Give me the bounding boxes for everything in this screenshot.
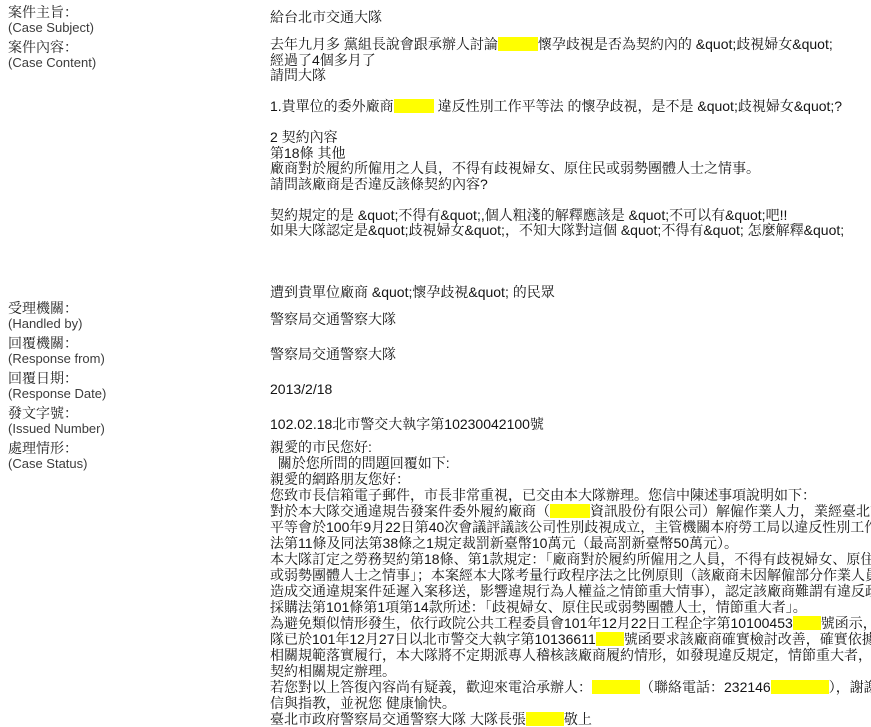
redaction-highlight [793, 616, 821, 630]
blank-line [270, 115, 871, 131]
content-line: 親愛的市民您好: [270, 439, 871, 455]
content-line: 親愛的網路朋友您好： [270, 471, 871, 487]
case-content-value: 去年九月多 黨組長說會跟承辦人討論懷孕歧視是否為契約內的 &quot;歧視婦女&… [270, 37, 871, 301]
field-label-en: (Case Status) [8, 456, 270, 471]
redaction-highlight [498, 37, 538, 51]
field-label-zh: 受理機關： [8, 301, 270, 316]
content-line: 經過了4個多月了 [270, 53, 871, 69]
case-status-value: 親愛的市民您好: 關於您所問的問題回覆如下:親愛的網路朋友您好：您致市長信箱電子… [270, 439, 871, 727]
content-line: 如果大隊認定是&quot;歧視婦女&quot;，不知大隊對這個 &quot;不得… [270, 223, 871, 239]
text-segment: 本大隊訂定之勞務契約第18條、第1款規定：「廠商對於履約所僱用之人員，不得有歧視… [270, 551, 871, 567]
text-segment: ），謝謝您來 [829, 679, 871, 695]
content-line: 遭到貴單位廠商 &quot;懷孕歧視&quot; 的民眾 [270, 285, 871, 301]
content-line: 2 契約內容 [270, 130, 871, 146]
redaction-highlight [526, 712, 564, 726]
redaction-highlight [592, 680, 640, 694]
content-line: 2013/2/18 [270, 382, 871, 398]
text-segment: 若您對以上答復內容尚有疑義，歡迎來電洽承辦人： [270, 679, 592, 695]
blank-line [270, 270, 871, 286]
field-label: 發文字號： (Issued Number) [0, 406, 270, 436]
content-line: 本大隊訂定之勞務契約第18條、第1款規定：「廠商對於履約所僱用之人員，不得有歧視… [270, 551, 871, 567]
field-label-zh: 回覆機關： [8, 336, 270, 351]
row-response-from: 回覆機關： (Response from) 警察局交通警察大隊 [0, 336, 871, 366]
content-line: 對於本大隊交通違規告發案件委外履約廠商（資訊股份有限公司）解僱作業人力，業經臺北… [270, 503, 871, 519]
field-label: 案件主旨： (Case Subject) [0, 5, 270, 35]
response-date-value: 2013/2/18 [270, 382, 871, 398]
content-line: 採購法第101條第1項第14款所述：「歧視婦女、原住民或弱勢團體人士，情節重大者… [270, 599, 871, 615]
row-case-content: 案件內容： (Case Content) 去年九月多 黨組長說會跟承辦人討論懷孕… [0, 40, 871, 301]
content-line: 契約規定的是 &quot;不得有&quot;,個人粗淺的解釋應該是 &quot;… [270, 208, 871, 224]
content-line: 警察局交通警察大隊 [270, 347, 871, 363]
text-segment: 請問該廠商是否違反該條契約內容? [270, 176, 488, 192]
text-segment: （聯絡電話：232146 [640, 679, 771, 695]
content-line: 給台北市交通大隊 [270, 10, 871, 26]
text-segment: 關於您所問的問題回覆如下: [270, 455, 450, 471]
content-line: 或弱勢團體人士之情事」；本案經本大隊考量行政程序法之比例原則（該廠商未因解僱部分… [270, 567, 871, 583]
content-line: 關於您所問的問題回覆如下: [270, 455, 871, 471]
field-label: 回覆日期： (Response Date) [0, 371, 270, 401]
text-segment: 經過了4個多月了 [270, 52, 376, 68]
field-label-en: (Response Date) [8, 386, 270, 401]
issued-number-value: 102.02.18北市警交大執字第10230042100號 [270, 417, 871, 433]
content-line: 信與指教，並祝您 健康愉快。 [270, 695, 871, 711]
content-line: 第18條 其他 [270, 146, 871, 162]
row-response-date: 回覆日期： (Response Date) 2013/2/18 [0, 371, 871, 401]
field-label-zh: 回覆日期： [8, 371, 270, 386]
row-case-status: 處理情形： (Case Status) 親愛的市民您好: 關於您所問的問題回覆如… [0, 441, 871, 727]
content-line: 相關規範落實履行，本大隊將不定期派專人稽核該廠商履約情形，如發現違反規定，情節重… [270, 647, 871, 663]
row-case-subject: 案件主旨： (Case Subject) 給台北市交通大隊 [0, 5, 871, 35]
text-segment: 對於本大隊交通違規告發案件委外履約廠商（ [270, 503, 550, 519]
text-segment: 第18條 其他 [270, 145, 345, 161]
text-segment: 警察局交通警察大隊 [270, 311, 396, 327]
field-label: 回覆機關： (Response from) [0, 336, 270, 366]
field-label-zh: 處理情形： [8, 441, 270, 456]
field-label-zh: 發文字號： [8, 406, 270, 421]
redaction-highlight [596, 632, 624, 646]
text-segment: 如果大隊認定是&quot;歧視婦女&quot;，不知大隊對這個 &quot;不得… [270, 222, 844, 238]
content-line: 102.02.18北市警交大執字第10230042100號 [270, 417, 871, 433]
redaction-highlight [394, 99, 434, 113]
content-line: 去年九月多 黨組長說會跟承辦人討論懷孕歧視是否為契約內的 &quot;歧視婦女&… [270, 37, 871, 53]
content-line: 造成交通違規案件延遲入案移送，影響違規行為人權益之情節重大情事），認定該廠商難謂… [270, 583, 871, 599]
redaction-highlight [771, 680, 829, 694]
text-segment: 遭到貴單位廠商 &quot;懷孕歧視&quot; 的民眾 [270, 284, 555, 300]
text-segment: 警察局交通警察大隊 [270, 346, 396, 362]
text-segment: 2013/2/18 [270, 381, 332, 397]
redaction-highlight [550, 504, 590, 518]
field-label-en: (Case Subject) [8, 20, 270, 35]
text-segment: 信與指教，並祝您 健康愉快。 [270, 695, 456, 711]
field-label-en: (Issued Number) [8, 421, 270, 436]
text-segment: 敬上 [564, 711, 592, 727]
text-segment: 平等會於100年9月22日第40次會議評議該公司性別歧視成立，主管機關本府勞工局… [270, 519, 871, 535]
text-segment: 親愛的市民您好: [270, 439, 372, 455]
field-label-zh: 案件內容： [8, 40, 270, 55]
response-from-value: 警察局交通警察大隊 [270, 347, 871, 363]
text-segment: 契約相關規定辦理。 [270, 663, 396, 679]
content-line: 臺北市政府警察局交通警察大隊 大隊長張敬上 [270, 711, 871, 727]
text-segment: 去年九月多 黨組長說會跟承辦人討論 [270, 36, 498, 52]
text-segment: 隊已於101年12月27日以北市警交大執字第10136611 [270, 631, 596, 647]
content-line: 契約相關規定辦理。 [270, 663, 871, 679]
text-segment: 相關規範落實履行，本大隊將不定期派專人稽核該廠商履約情形，如發現違反規定，情節重… [270, 647, 871, 663]
content-line: 隊已於101年12月27日以北市警交大執字第10136611號函要求該廠商確實檢… [270, 631, 871, 647]
text-segment: 號函示，本大 [821, 615, 871, 631]
content-line: 法第11條及同法第38條之1規定裁罰新臺幣10萬元（最高罰新臺幣50萬元）。 [270, 535, 871, 551]
text-segment: 1.貴單位的委外廠商 [270, 98, 394, 114]
text-segment: 採購法第101條第1項第14款所述：「歧視婦女、原住民或弱勢團體人士，情節重大者… [270, 599, 807, 615]
text-segment: 違反性別工作平等法 的懷孕歧視，是不是 &quot;歧視婦女&quot;? [434, 98, 842, 114]
text-segment: 您致市長信箱電子郵件，市長非常重視，已交由本大隊辦理。您信中陳述事項說明如下： [270, 487, 816, 503]
content-line: 若您對以上答復內容尚有疑義，歡迎來電洽承辦人：（聯絡電話：232146），謝謝您… [270, 679, 871, 695]
row-issued-number: 發文字號： (Issued Number) 102.02.18北市警交大執字第1… [0, 406, 871, 436]
content-line: 1.貴單位的委外廠商 違反性別工作平等法 的懷孕歧視，是不是 &quot;歧視婦… [270, 99, 871, 115]
text-segment: 資訊股份有限公司）解僱作業人力，業經臺北市工作 [590, 503, 871, 519]
field-label: 案件內容： (Case Content) [0, 40, 270, 70]
field-label-zh: 案件主旨： [8, 5, 270, 20]
row-handled-by: 受理機關： (Handled by) 警察局交通警察大隊 [0, 301, 871, 331]
text-segment: 親愛的網路朋友您好： [270, 471, 410, 487]
content-line: 廠商對於履約所僱用之人員，不得有歧視婦女、原住民或弱勢團體人士之情事。 [270, 161, 871, 177]
text-segment: 為避免類似情形發生，依行政院公共工程委員會101年12月22日工程企字第1010… [270, 615, 793, 631]
field-label-en: (Handled by) [8, 316, 270, 331]
content-line: 請問大隊 [270, 68, 871, 84]
text-segment: 懷孕歧視是否為契約內的 &quot;歧視婦女&quot; [538, 36, 833, 52]
content-line: 為避免類似情形發生，依行政院公共工程委員會101年12月22日工程企字第1010… [270, 615, 871, 631]
blank-line [270, 239, 871, 255]
blank-line [270, 84, 871, 100]
text-segment: 給台北市交通大隊 [270, 9, 382, 25]
text-segment: 造成交通違規案件延遲入案移送，影響違規行為人權益之情節重大情事），認定該廠商難謂… [270, 583, 871, 599]
field-label: 受理機關： (Handled by) [0, 301, 270, 331]
content-line: 平等會於100年9月22日第40次會議評議該公司性別歧視成立，主管機關本府勞工局… [270, 519, 871, 535]
text-segment: 102.02.18北市警交大執字第10230042100號 [270, 416, 544, 432]
field-label: 處理情形： (Case Status) [0, 441, 270, 471]
text-segment: 號函要求該廠商確實檢討改善，確實依據契約 [624, 631, 871, 647]
text-segment: 2 契約內容 [270, 129, 338, 145]
text-segment: 請問大隊 [270, 67, 326, 83]
content-line: 警察局交通警察大隊 [270, 312, 871, 328]
blank-line [270, 192, 871, 208]
case-subject-value: 給台北市交通大隊 [270, 10, 871, 26]
field-label-en: (Response from) [8, 351, 270, 366]
handled-by-value: 警察局交通警察大隊 [270, 312, 871, 328]
text-segment: 契約規定的是 &quot;不得有&quot;,個人粗淺的解釋應該是 &quot;… [270, 207, 787, 223]
field-label-en: (Case Content) [8, 55, 270, 70]
blank-line [270, 254, 871, 270]
text-segment: 法第11條及同法第38條之1規定裁罰新臺幣10萬元（最高罰新臺幣50萬元）。 [270, 535, 738, 551]
case-record-document: 案件主旨： (Case Subject) 給台北市交通大隊 案件內容： (Cas… [0, 0, 871, 727]
content-line: 請問該廠商是否違反該條契約內容? [270, 177, 871, 193]
text-segment: 或弱勢團體人士之情事」；本案經本大隊考量行政程序法之比例原則（該廠商未因解僱部分… [270, 567, 871, 583]
text-segment: 廠商對於履約所僱用之人員，不得有歧視婦女、原住民或弱勢團體人士之情事。 [270, 160, 760, 176]
text-segment: 臺北市政府警察局交通警察大隊 大隊長張 [270, 711, 526, 727]
content-line: 您致市長信箱電子郵件，市長非常重視，已交由本大隊辦理。您信中陳述事項說明如下： [270, 487, 871, 503]
